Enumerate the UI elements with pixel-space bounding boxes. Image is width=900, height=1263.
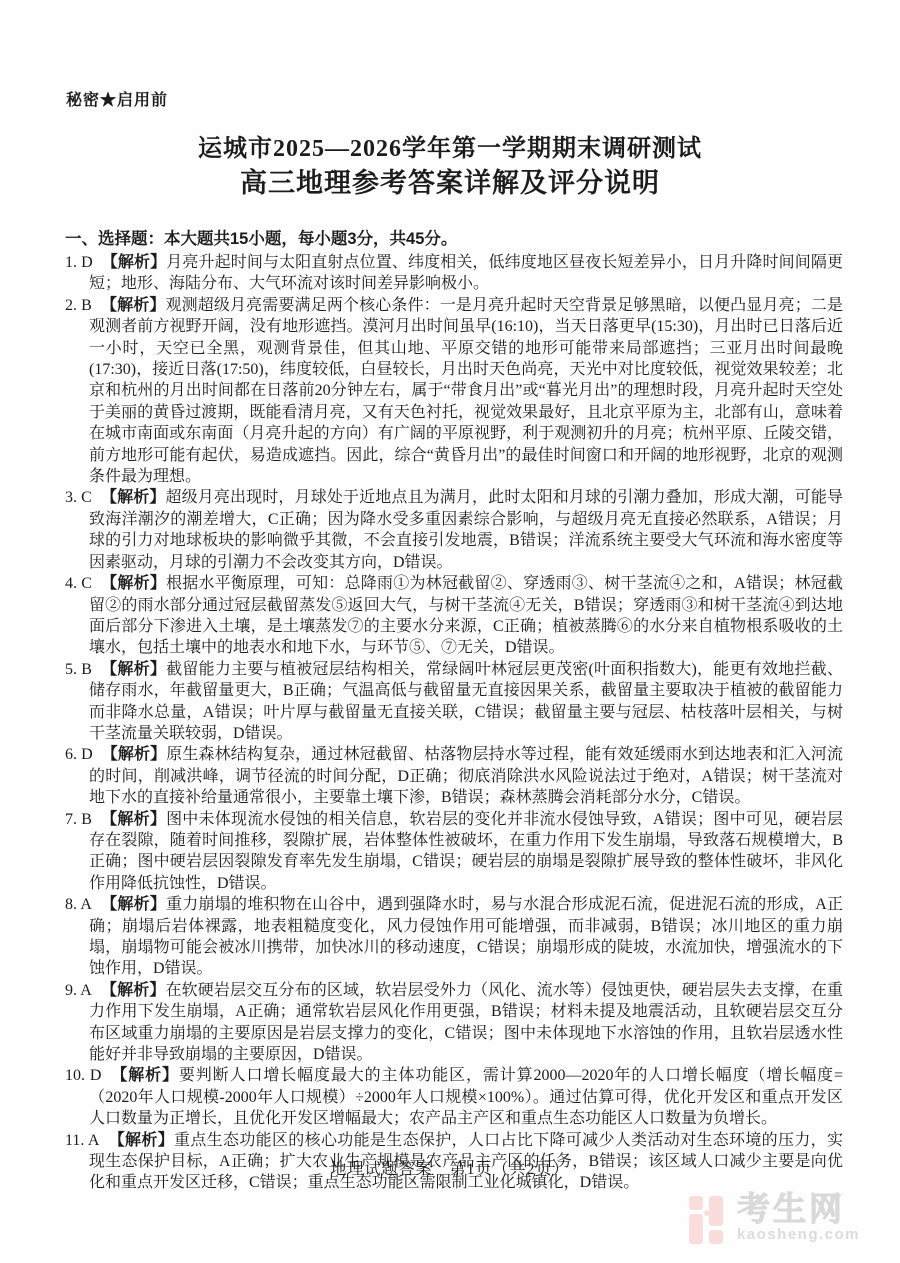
section-1-header: 一、选择题：本大题共15小题，每小题3分，共45分。	[65, 228, 843, 251]
answer-item-6: 6. D【解析】原生森林结构复杂，通过林冠截留、枯落物层持水等过程，能有效延缓雨…	[65, 744, 843, 808]
logo-block	[689, 1196, 703, 1210]
analysis-tag: 【解析】	[101, 811, 166, 828]
analysis-tag: 【解析】	[101, 661, 166, 678]
analysis-tag: 【解析】	[101, 575, 166, 592]
analysis-text: 在软硬岩层交互分布的区域，软岩层受外力（风化、流水等）侵蚀更快，硬岩层失去支撑，…	[89, 982, 843, 1063]
question-number: 6. D	[65, 746, 93, 763]
answer-item-4: 4. C【解析】根据水平衡原理，可知：总降雨①为林冠截留②、穿透雨③、树干茎流④…	[65, 573, 843, 659]
logo-block	[704, 1210, 710, 1216]
analysis-text: 要判断人口增长幅度最大的主体功能区，需计算2000—2020年的人口增长幅度（增…	[89, 1067, 843, 1127]
analysis-tag: 【解析】	[101, 297, 166, 314]
answers-content: 一、选择题：本大题共15小题，每小题3分，共45分。 1. D【解析】月亮升起时…	[65, 228, 843, 1194]
logo-block	[709, 1230, 723, 1244]
analysis-tag: 【解析】	[101, 896, 166, 913]
answer-item-5: 5. B【解析】截留能力主要与植被冠层结构相关，常绿阔叶林冠层更茂密(叶面积指数…	[65, 659, 843, 745]
answer-item-9: 9. A【解析】在软硬岩层交互分布的区域，软岩层受外力（风化、流水等）侵蚀更快，…	[65, 980, 843, 1066]
page-footer: 地理试题答案 第1页（共2页）	[0, 1156, 900, 1179]
question-number: 2. B	[65, 297, 92, 314]
answer-item-8: 8. A【解析】重力崩塌的堆积物在山谷中，遇到强降水时，易与水混合形成泥石流，促…	[65, 894, 843, 980]
analysis-tag: 【解析】	[110, 1067, 178, 1084]
exam-title: 运城市2025—2026学年第一学期期末调研测试	[0, 128, 900, 163]
analysis-tag: 【解析】	[101, 489, 166, 506]
question-number: 11. A	[65, 1132, 99, 1149]
answer-item-7: 7. B【解析】图中未体现流水侵蚀的相关信息，软岩层的变化并非流水侵蚀导致，A错…	[65, 809, 843, 895]
question-number: 1. D	[65, 254, 93, 271]
question-number: 10. D	[65, 1067, 101, 1084]
question-number: 4. C	[65, 575, 92, 592]
kaosheng-watermark: 考生网 kaosheng.com	[689, 1192, 860, 1246]
question-number: 7. B	[65, 811, 92, 828]
classification-label: 秘密★启用前	[66, 87, 168, 110]
analysis-tag: 【解析】	[108, 1132, 174, 1149]
logo-block	[709, 1196, 723, 1226]
watermark-site-url: kaosheng.com	[737, 1227, 860, 1243]
analysis-text: 原生森林结构复杂，通过林冠截留、枯落物层持水等过程，能有效延缓雨水到达地表和汇入…	[89, 746, 843, 806]
analysis-text: 观测超级月亮需要满足两个核心条件：一是月亮升起时天空背景足够黑暗，以便凸显月亮；…	[89, 297, 843, 485]
analysis-text: 超级月亮出现时，月球处于近地点且为满月，此时太阳和月球的引潮力叠加，形成大潮，可…	[89, 489, 843, 570]
kaosheng-logo-icon	[689, 1196, 725, 1246]
answer-item-10: 10. D【解析】要判断人口增长幅度最大的主体功能区，需计算2000—2020年…	[65, 1065, 843, 1129]
answer-item-3: 3. C【解析】超级月亮出现时，月球处于近地点且为满月，此时太阳和月球的引潮力叠…	[65, 487, 843, 573]
analysis-text: 重力崩塌的堆积物在山谷中，遇到强降水时，易与水混合形成泥石流，促进泥石流的形成，…	[89, 896, 843, 977]
answer-list: 1. D【解析】月亮升起时间与太阳直射点位置、纬度相关，低纬度地区昼夜长短差异小…	[65, 252, 843, 1194]
analysis-text: 图中未体现流水侵蚀的相关信息，软岩层的变化并非流水侵蚀导致，A错误；图中可见，硬…	[89, 811, 843, 892]
watermark-site-name: 考生网	[737, 1192, 845, 1226]
analysis-text: 月亮升起时间与太阳直射点位置、纬度相关，低纬度地区昼夜长短差异小，日月升降时间间…	[89, 254, 843, 292]
analysis-tag: 【解析】	[102, 254, 167, 271]
question-number: 3. C	[65, 489, 92, 506]
analysis-text: 根据水平衡原理，可知：总降雨①为林冠截留②、穿透雨③、树干茎流④之和，A错误；林…	[89, 575, 843, 656]
analysis-tag: 【解析】	[101, 982, 166, 999]
watermark-text: 考生网 kaosheng.com	[737, 1192, 860, 1243]
question-number: 5. B	[65, 661, 92, 678]
document-page: 秘密★启用前 运城市2025—2026学年第一学期期末调研测试 高三地理参考答案…	[0, 0, 900, 1263]
question-number: 8. A	[65, 896, 92, 913]
answer-item-2: 2. B【解析】观测超级月亮需要满足两个核心条件：一是月亮升起时天空背景足够黑暗…	[65, 295, 843, 488]
analysis-text: 截留能力主要与植被冠层结构相关，常绿阔叶林冠层更茂密(叶面积指数大)，能更有效地…	[89, 661, 843, 742]
answer-item-1: 1. D【解析】月亮升起时间与太阳直射点位置、纬度相关，低纬度地区昼夜长短差异小…	[65, 252, 843, 295]
logo-block	[689, 1214, 703, 1244]
question-number: 9. A	[65, 982, 92, 999]
analysis-tag: 【解析】	[102, 746, 167, 763]
answer-key-title: 高三地理参考答案详解及评分说明	[0, 161, 900, 200]
